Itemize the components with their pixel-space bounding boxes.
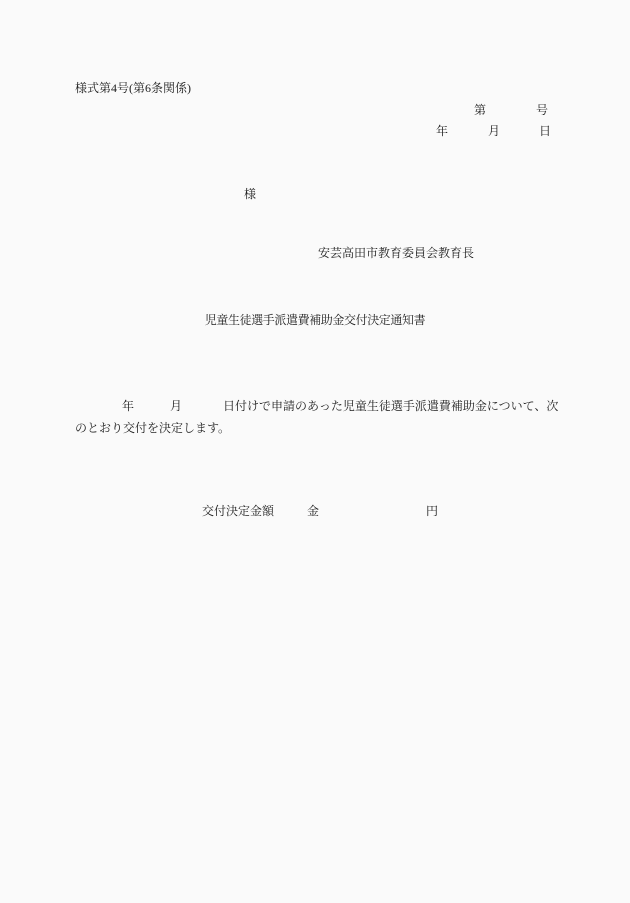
sender-line: 安芸高田市教育委員会教育長 <box>318 245 474 261</box>
body-line1-text: 日付けで申請のあった児童生徒選手派遣費補助金について、次 <box>223 398 558 414</box>
date-year-label: 年 <box>436 123 448 139</box>
document-number-suffix: 号 <box>536 102 548 118</box>
body-line2-text: のとおり交付を決定します。 <box>75 420 230 436</box>
body-date-year-label: 年 <box>122 398 134 414</box>
amount-label: 交付決定金額 <box>202 503 274 519</box>
date-day-label: 日 <box>539 123 551 139</box>
addressee-suffix-label: 様 <box>244 186 256 202</box>
document-title: 児童生徒選手派遣費補助金交付決定通知書 <box>0 312 630 328</box>
form-number-label: 様式第4号(第6条関係) <box>75 80 191 96</box>
date-month-label: 月 <box>488 123 500 139</box>
document-page: 様式第4号(第6条関係) 第 号 年 月 日 様 安芸高田市教育委員会教育長 児… <box>0 0 630 903</box>
body-date-month-label: 月 <box>170 398 182 414</box>
amount-unit: 円 <box>426 503 438 519</box>
amount-prefix: 金 <box>307 503 319 519</box>
document-number-prefix: 第 <box>474 102 486 118</box>
